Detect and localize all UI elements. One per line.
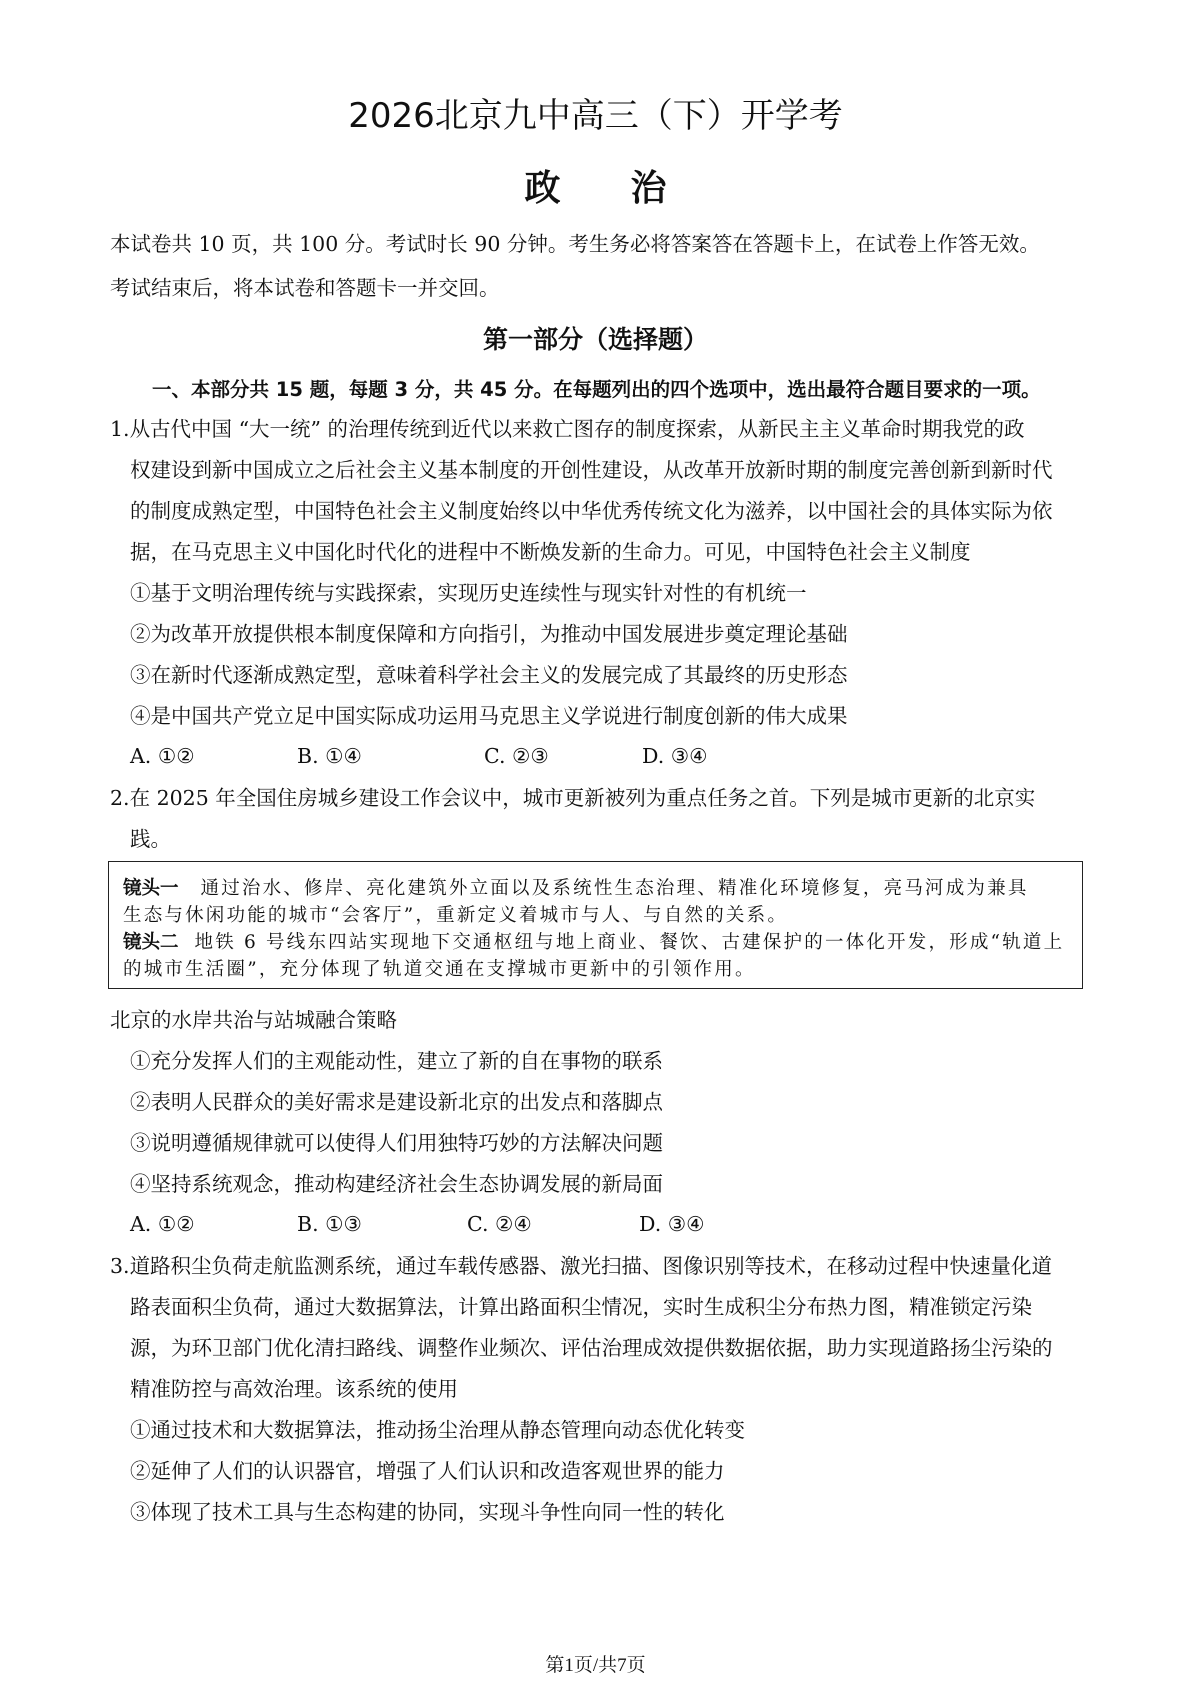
statement-option: ③体现了技术工具与生态构建的协同，实现斗争性向同一性的转化 (130, 1499, 725, 1525)
shot-1-line-1: 镜头一通过治水、修岸、亮化建筑外立面以及系统性生态治理、精准化环境修复，亮马河成… (123, 874, 1029, 900)
statement-option: ②为改革开放提供根本制度保障和方向指引，为推动中国发展进步奠定理论基础 (130, 621, 848, 647)
question-stem-line: 据，在马克思主义中国化时代化的进程中不断焕发新的生命力。可见，中国特色社会主义制… (130, 539, 971, 565)
material-box: 镜头一通过治水、修岸、亮化建筑外立面以及系统性生态治理、精准化环境修复，亮马河成… (108, 861, 1083, 989)
choice-b[interactable]: B. ①③ (297, 1212, 362, 1236)
statement-option: ①充分发挥人们的主观能动性，建立了新的自在事物的联系 (130, 1048, 663, 1074)
intro-line-2: 考试结束后，将本试卷和答题卡一并交回。 (110, 275, 500, 301)
exam-title: 2026北京九中高三（下）开学考 (0, 88, 1191, 137)
subject-char-1: 政 (524, 160, 560, 211)
shot-1-label: 镜头一 (123, 878, 179, 899)
statement-option: ③在新时代逐渐成熟定型，意味着科学社会主义的发展完成了其最终的历史形态 (130, 662, 848, 688)
choice-c[interactable]: C. ②④ (467, 1212, 532, 1236)
question-number: 3. (110, 1254, 130, 1278)
question-number: 1. (110, 417, 130, 441)
exam-page: 2026北京九中高三（下）开学考 政治 本试卷共 10 页，共 100 分。考试… (0, 0, 1191, 1684)
question-stem-line: 2.在 2025 年全国住房城乡建设工作会议中，城市更新被列为重点任务之首。下列… (110, 785, 1035, 811)
choice-a[interactable]: A. ①② (130, 744, 195, 768)
subject-heading: 政治 (0, 160, 1191, 211)
statement-option: ①基于文明治理传统与实践探索，实现历史连续性与现实针对性的有机统一 (130, 580, 807, 606)
choice-d[interactable]: D. ③④ (639, 1212, 705, 1236)
question-stem-line: 1.从古代中国 “大一统” 的治理传统到近代以来救亡图存的制度探索，从新民主主义… (110, 416, 1025, 442)
question-lead: 北京的水岸共治与站城融合策略 (110, 1007, 397, 1033)
question-stem-line: 路表面积尘负荷，通过大数据算法，计算出路面积尘情况，实时生成积尘分布热力图，精准… (130, 1294, 1032, 1320)
page-indicator: 第1页/共7页 (0, 1650, 1191, 1677)
statement-option: ④坚持系统观念，推动构建经济社会生态协调发展的新局面 (130, 1171, 663, 1197)
part1-title: 第一部分（选择题） (0, 320, 1191, 356)
question-stem-line: 源，为环卫部门优化清扫路线、调整作业频次、评估治理成效提供数据依据，助力实现道路… (130, 1335, 1053, 1361)
shot-2-line-2: 的城市生活圈”，充分体现了轨道交通在支撑城市更新中的引领作用。 (123, 955, 756, 981)
question-stem-line: 3.道路积尘负荷走航监测系统，通过车载传感器、激光扫描、图像识别等技术，在移动过… (110, 1253, 1052, 1279)
question-number: 2. (110, 786, 130, 810)
shot-2-label: 镜头二 (123, 932, 179, 953)
shot-2-line-1: 镜头二地铁 6 号线东四站实现地下交通枢纽与地上商业、餐饮、古建保护的一体化开发… (123, 928, 1064, 954)
choice-c[interactable]: C. ②③ (484, 744, 549, 768)
choice-d[interactable]: D. ③④ (642, 744, 708, 768)
shot-1-line-2: 生态与休闲功能的城市“会客厅”，重新定义着城市与人、与自然的关系。 (123, 901, 788, 927)
question-stem-line: 践。 (130, 826, 171, 852)
intro-line-1: 本试卷共 10 页，共 100 分。考试时长 90 分钟。考生务必将答案答在答题… (110, 231, 1040, 257)
choice-b[interactable]: B. ①④ (297, 744, 362, 768)
question-stem-line: 的制度成熟定型，中国特色社会主义制度始终以中华优秀传统文化为滋养，以中国社会的具… (130, 498, 1053, 524)
subject-char-2: 治 (631, 160, 667, 211)
question-stem-line: 权建设到新中国成立之后社会主义基本制度的开创性建设，从改革开放新时期的制度完善创… (130, 457, 1053, 483)
statement-option: ④是中国共产党立足中国实际成功运用马克思主义学说进行制度创新的伟大成果 (130, 703, 848, 729)
choice-a[interactable]: A. ①② (130, 1212, 195, 1236)
statement-option: ②表明人民群众的美好需求是建设新北京的出发点和落脚点 (130, 1089, 663, 1115)
part1-instruction: 一、本部分共 15 题，每题 3 分，共 45 分。在每题列出的四个选项中，选出… (152, 374, 1041, 402)
statement-option: ②延伸了人们的认识器官，增强了人们认识和改造客观世界的能力 (130, 1458, 725, 1484)
statement-option: ③说明遵循规律就可以使得人们用独特巧妙的方法解决问题 (130, 1130, 663, 1156)
question-stem-line: 精准防控与高效治理。该系统的使用 (130, 1376, 458, 1402)
statement-option: ①通过技术和大数据算法，推动扬尘治理从静态管理向动态优化转变 (130, 1417, 745, 1443)
